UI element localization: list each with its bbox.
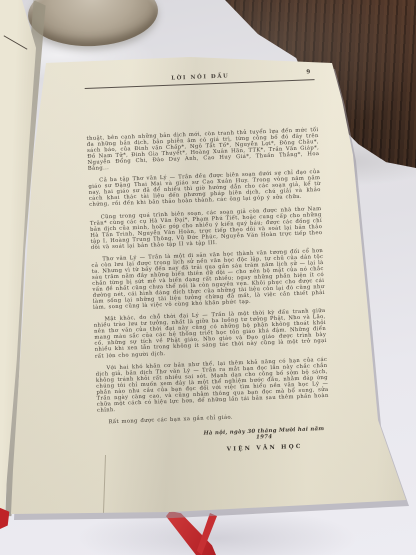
- paragraph: Thơ văn Lý — Trần là một di sản văn học …: [91, 248, 325, 311]
- paragraph: Rất mong được các bạn xa gần chỉ giáo.: [97, 411, 329, 426]
- page-number: 9: [306, 69, 310, 75]
- paragraph: Cả ba tập Thơ văn Lý — Trần đều được biê…: [88, 169, 321, 208]
- page-header: LỜI NÓI ĐẦU 9: [84, 61, 317, 96]
- left-page-header-rule: [4, 35, 28, 49]
- page-body: thuật, bên cạnh những bản dịch mới, còn …: [87, 127, 330, 426]
- paragraph: Với hai khó khăn cơ bản như thế, lại thê…: [95, 356, 329, 413]
- photo-scene: LỜI NÓI ĐẦU 9 thuật, bên cạnh những bản …: [0, 0, 416, 555]
- paragraph: Mặt khác, do chỗ thời đại Lý — Trần là m…: [93, 308, 326, 359]
- page-content: LỜI NÓI ĐẦU 9 thuật, bên cạnh những bản …: [84, 61, 331, 458]
- signature-date: Hà nội, ngày 30 tháng Mười hai năm 1974: [198, 426, 330, 443]
- page-crease: [103, 455, 106, 513]
- paragraph: thuật, bên cạnh những bản dịch mới, còn …: [87, 127, 320, 172]
- signature-block: Hà nội, ngày 30 tháng Mười hai năm 1974 …: [98, 426, 331, 458]
- signature-author: VIỆN VĂN HỌC: [199, 443, 331, 454]
- paragraph: Cũng trong quá trình biên soạn, các soạn…: [90, 206, 323, 251]
